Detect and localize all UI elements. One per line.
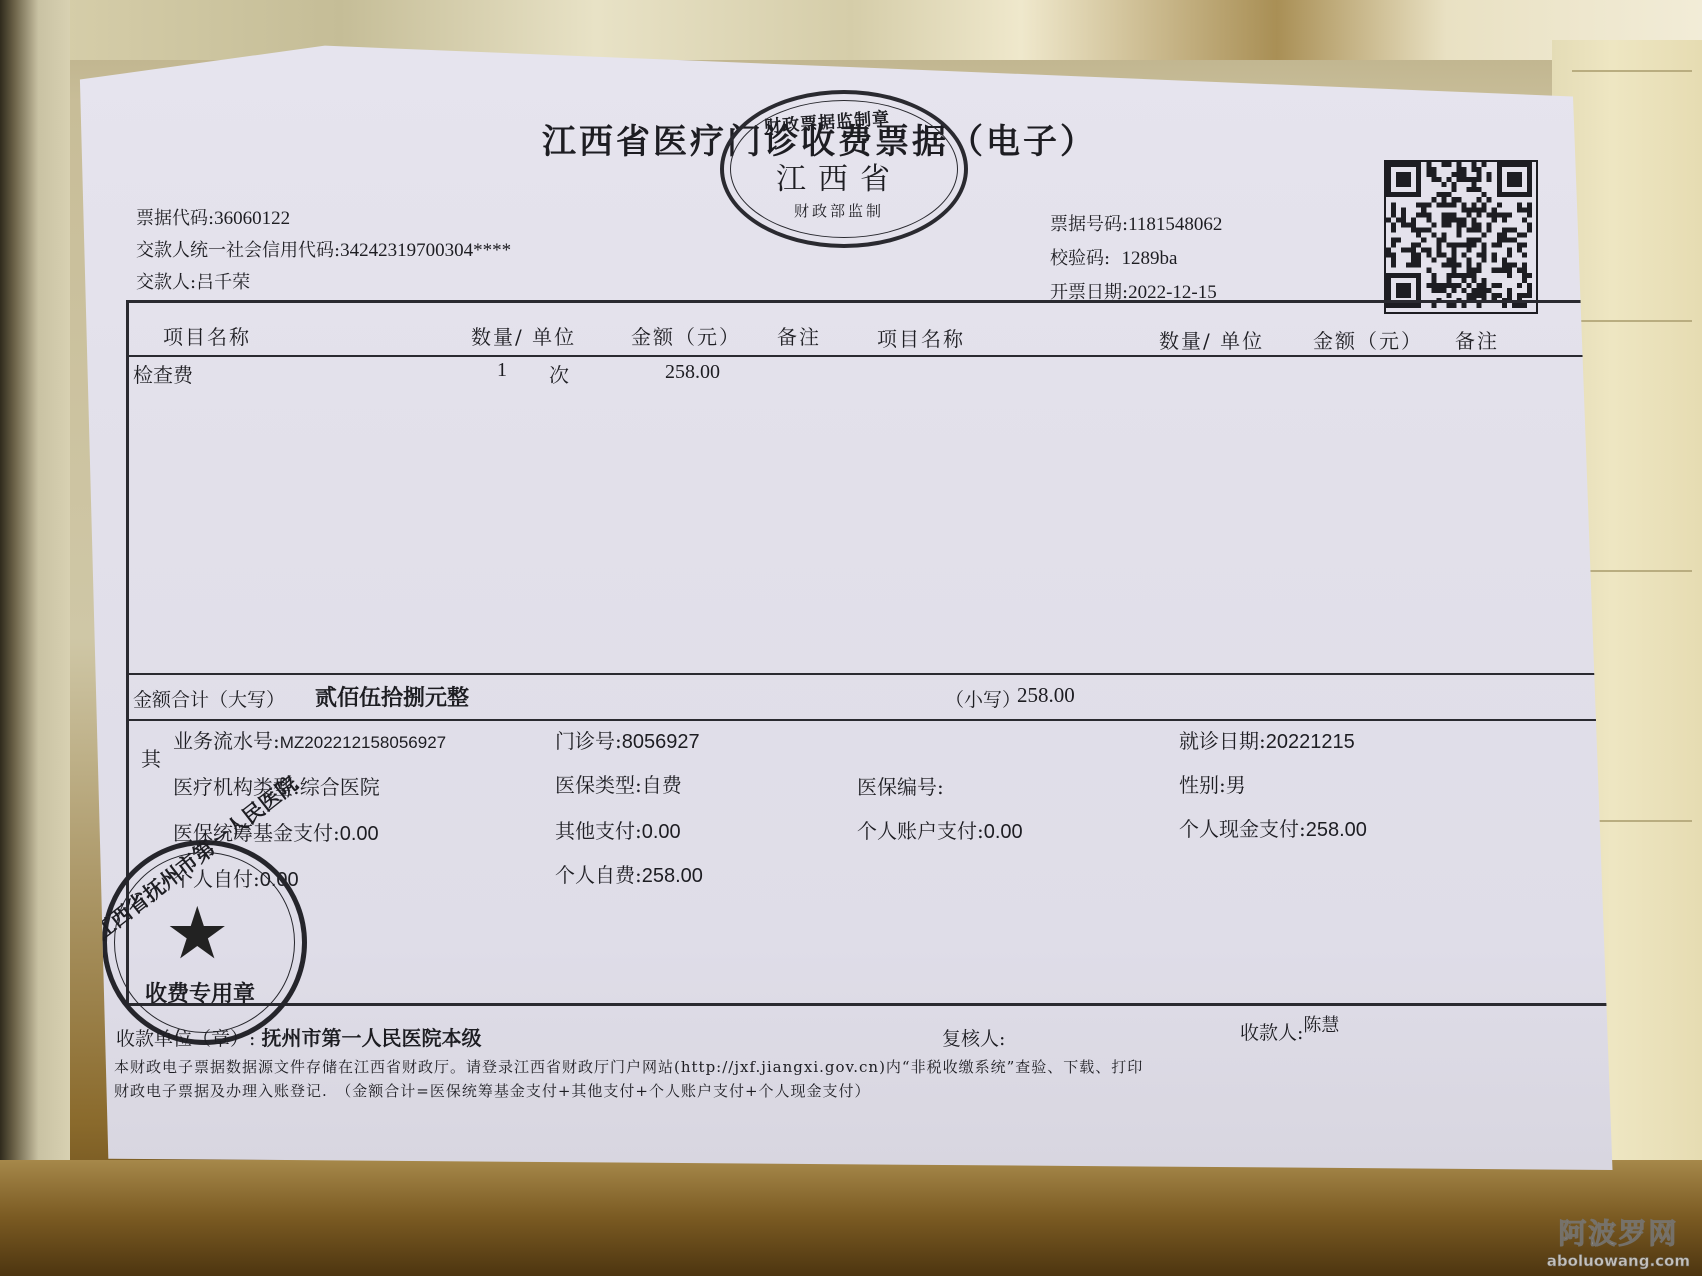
insurance-number: 医保编号:	[857, 771, 944, 800]
footer-note-line2: 财政电子票据及办理入账登记. （金额合计=医保统筹基金支付+其他支付+个人账户支…	[114, 1080, 871, 1101]
invoice-code: 票据代码:36060122	[136, 204, 290, 230]
totals-divider-top	[129, 673, 1639, 675]
payee-unit: 收款单位（章）: 抚州市第一人民医院本级	[116, 1022, 481, 1051]
col-amount-left: 金额（元）	[631, 321, 741, 350]
col-item-name-left: 项目名称	[163, 321, 251, 350]
check-code: 校验码: 1289ba	[1050, 244, 1177, 270]
star-icon: ★	[165, 897, 230, 969]
background-bottom	[0, 1160, 1702, 1276]
personal-cash-payment: 个人现金支付:258.00	[1179, 813, 1367, 842]
business-serial-number: 业务流水号:MZ202212158056927	[173, 725, 446, 754]
gender: 性别:男	[1179, 769, 1246, 798]
row-unit: 次	[549, 359, 569, 388]
col-remark-right: 备注	[1455, 325, 1499, 354]
row-quantity: 1	[497, 359, 507, 382]
outpatient-number: 门诊号:8056927	[555, 725, 700, 754]
row-amount: 258.00	[665, 361, 720, 384]
total-uppercase-value: 贰佰伍拾捌元整	[315, 681, 469, 712]
insurance-type: 医保类型:自费	[555, 769, 682, 798]
col-amount-right: 金额（元）	[1313, 325, 1423, 354]
receipt-paper: 江西省医疗门诊收费票据（电子） 财政票据监制章 江西省 财政部监制 票据代码:3…	[72, 40, 1652, 1170]
visit-date: 就诊日期:20221215	[1179, 725, 1355, 754]
hospital-fee-stamp: 江西省抚州市第一人民医院 ★ 收费专用章	[102, 840, 307, 1045]
items-table: 项目名称 数量/ 单位 金额（元） 备注 项目名称 数量/ 单位 金额（元） 备…	[126, 300, 1642, 1006]
site-watermark: 阿波罗网 aboluowang.com	[1547, 1212, 1690, 1270]
footer-note-line1: 本财政电子票据数据源文件存储在江西省财政厅。请登录江西省财政厅门户网站(http…	[114, 1056, 1143, 1077]
stamp-bottom-text: 收费专用章	[145, 977, 255, 1008]
payer-credit-code: 交款人统一社会信用代码:34242319700304****	[136, 236, 511, 262]
col-qty-unit-right: 数量/ 单位	[1159, 325, 1264, 354]
total-uppercase-label: 金额合计（大写）	[133, 685, 285, 712]
header-divider	[129, 355, 1639, 357]
row-item-name: 检查费	[133, 359, 193, 388]
payer-name: 交款人:吕千荣	[136, 268, 250, 294]
other-payment: 其他支付:0.00	[555, 815, 681, 844]
col-qty-unit-left: 数量/ 单位	[471, 321, 576, 350]
cashier: 收款人:陈慧	[1240, 1018, 1339, 1045]
qr-code-icon	[1384, 160, 1538, 314]
reviewer: 复核人:	[942, 1024, 1005, 1051]
seal-top-text: 财政票据监制章	[763, 104, 890, 138]
col-item-name-right: 项目名称	[877, 323, 965, 352]
personal-self-pay: 个人自费:258.00	[555, 859, 703, 888]
col-remark-left: 备注	[777, 321, 821, 350]
personal-account-payment: 个人账户支付:0.00	[857, 815, 1023, 844]
total-lowercase-label: （小写）	[945, 685, 1021, 712]
total-lowercase-value: 258.00	[1017, 683, 1075, 708]
background-left	[0, 0, 70, 1276]
totals-divider-bottom	[129, 719, 1639, 721]
invoice-number: 票据号码:1181548062	[1050, 210, 1222, 236]
seal-bottom-text: 财政部监制	[794, 200, 884, 221]
other-info-side-label: 其	[141, 743, 161, 772]
supervision-seal: 财政票据监制章 江西省 财政部监制	[720, 90, 968, 248]
background-top	[0, 0, 1702, 60]
seal-middle-text: 江西省	[776, 154, 902, 198]
